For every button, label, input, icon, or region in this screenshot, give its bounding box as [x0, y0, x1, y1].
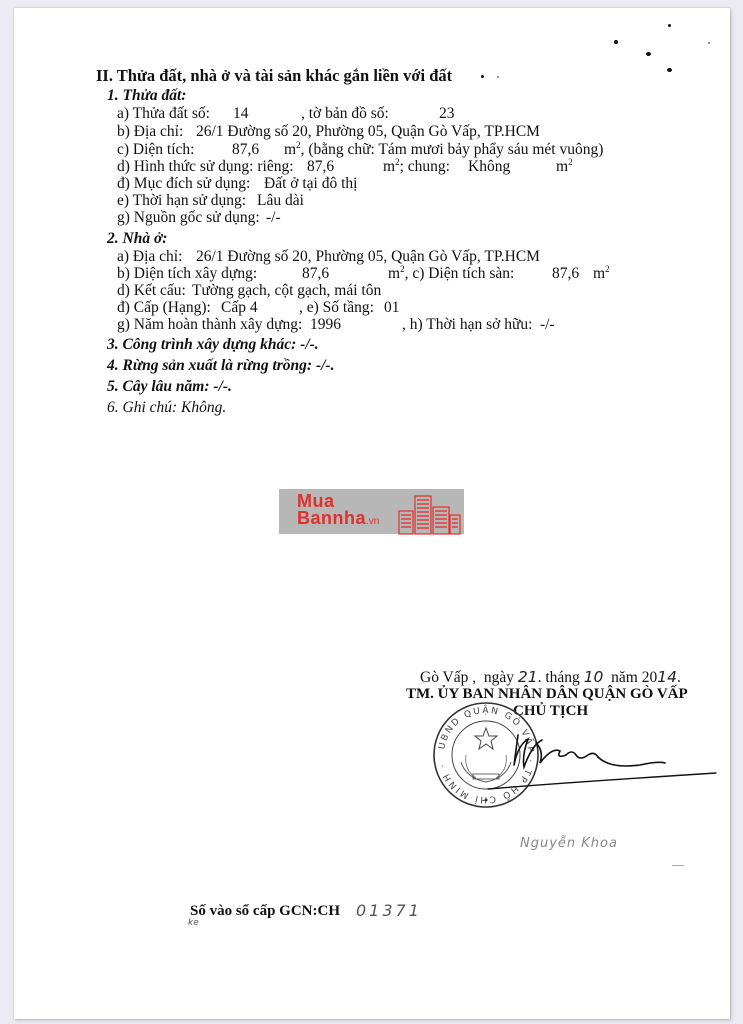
unit-text: m — [556, 158, 568, 175]
term-label: e) Thời hạn sử dụng: — [117, 192, 246, 210]
date-line: Gò Vấp , ngày 21. tháng 10 năm 2014. — [420, 668, 681, 687]
usage-form-label: d) Hình thức sử dụng: riêng: — [117, 158, 294, 176]
usage-shared: Không — [468, 158, 510, 176]
purpose: Đất ở tại đô thị — [264, 175, 357, 193]
watermark-line2: Bannha.vn — [297, 510, 379, 530]
scan-speck — [668, 24, 671, 27]
usage-shared-label: m2; chung: — [383, 158, 450, 176]
origin: -/- — [266, 209, 281, 227]
scan-speck — [646, 52, 651, 56]
floors-label: , e) Số tầng: — [299, 299, 374, 317]
unit-text: m — [284, 141, 296, 158]
chairman-signature — [480, 725, 720, 795]
registry-number: 01371 — [356, 901, 422, 920]
unit-text: m — [383, 158, 395, 175]
other-construction: 3. Công trình xây dựng khác: -/-. — [107, 336, 319, 354]
year-label: g) Năm hoàn thành xây dựng: — [117, 316, 302, 334]
grade-label: đ) Cấp (Hạng): — [117, 299, 211, 317]
date-year-suffix: 14 — [657, 668, 677, 686]
term: Lâu dài — [257, 192, 304, 210]
year: 1996 — [310, 316, 341, 334]
watermark-suffix: .vn — [366, 516, 379, 527]
structure-label: d) Kết cấu: — [117, 282, 186, 300]
section-title: II. Thửa đất, nhà ở và tài sản khác gắn … — [96, 66, 452, 86]
registry-label: Số vào sổ cấp GCN:CH — [190, 903, 340, 920]
land-address: 26/1 Đường số 20, Phường 05, Quận Gò Vấp… — [196, 123, 540, 141]
watermark-brand: Bannha — [297, 508, 366, 528]
registry-initials: ke — [188, 918, 199, 928]
house-address: 26/1 Đường số 20, Phường 05, Quận Gò Vấp… — [196, 248, 540, 266]
land-area-unit: m2, (bằng chữ: Tám mươi bảy phẩy sáu mét… — [284, 141, 603, 159]
forest: 4. Rừng sản xuất là rừng trồng: -/-. — [107, 357, 334, 375]
usage-private: 87,6 — [307, 158, 334, 176]
purpose-label: đ) Mục đích sử dụng: — [117, 175, 250, 193]
parcel-number: 14 — [233, 105, 249, 123]
scan-speck — [667, 68, 672, 72]
usage-shared-unit: m2 — [556, 158, 573, 176]
land-heading: 1. Thửa đất: — [107, 87, 186, 105]
shared-label: ; chung: — [400, 158, 450, 175]
buildings-icon — [397, 495, 461, 535]
day-label: ngày — [484, 669, 514, 686]
structure: Tường gạch, cột gạch, mái tôn — [192, 282, 381, 300]
date-month: 10 — [584, 668, 604, 686]
build-area: 87,6 — [302, 265, 329, 283]
unit-text: m — [388, 265, 400, 282]
grade: Cấp 4 — [221, 299, 258, 317]
date-day: 21 — [518, 668, 538, 686]
land-area-value: 87,6 — [232, 141, 259, 159]
year-label: năm 20 — [611, 669, 657, 686]
unit-text: m — [593, 265, 605, 282]
signer-name: Nguyễn Khoa — [520, 836, 618, 851]
notes: 6. Ghi chú: Không. — [107, 399, 226, 417]
perennial: 5. Cây lâu năm: -/-. — [107, 378, 232, 396]
origin-label: g) Nguồn gốc sử dụng: — [117, 209, 260, 227]
scan-speck — [481, 75, 484, 78]
land-address-label: b) Địa chỉ: — [117, 123, 183, 141]
floor-area-label: m2, c) Diện tích sàn: — [388, 265, 514, 283]
scan-speck — [497, 76, 499, 78]
area-words: , (bằng chữ: Tám mươi bảy phẩy sáu mét v… — [301, 141, 604, 158]
build-area-label: b) Diện tích xây dựng: — [117, 265, 257, 283]
floors: 01 — [384, 299, 400, 317]
house-heading: 2. Nhà ở: — [107, 230, 167, 248]
scan-mark — [672, 865, 684, 866]
scan-speck — [614, 40, 618, 44]
parcel-label: a) Thửa đất số: — [117, 105, 210, 123]
floor-area-unit: m2 — [593, 265, 610, 283]
watermark-text: Mua Bannha.vn — [297, 493, 379, 530]
house-address-label: a) Địa chỉ: — [117, 248, 182, 266]
date-place: Gò Vấp , — [420, 669, 476, 686]
map-label: , tờ bản đồ số: — [301, 105, 389, 123]
scan-speck — [708, 42, 710, 44]
land-area-label: c) Diện tích: — [117, 141, 194, 159]
month-label: tháng — [545, 669, 579, 686]
ownership-label: , h) Thời hạn sở hữu: — [402, 316, 532, 334]
floor-area: 87,6 — [552, 265, 579, 283]
map-number: 23 — [439, 105, 455, 123]
ownership: -/- — [540, 316, 555, 334]
floor-label: , c) Diện tích sàn: — [405, 265, 515, 282]
mua-ban-nha-watermark: Mua Bannha.vn — [279, 489, 464, 534]
